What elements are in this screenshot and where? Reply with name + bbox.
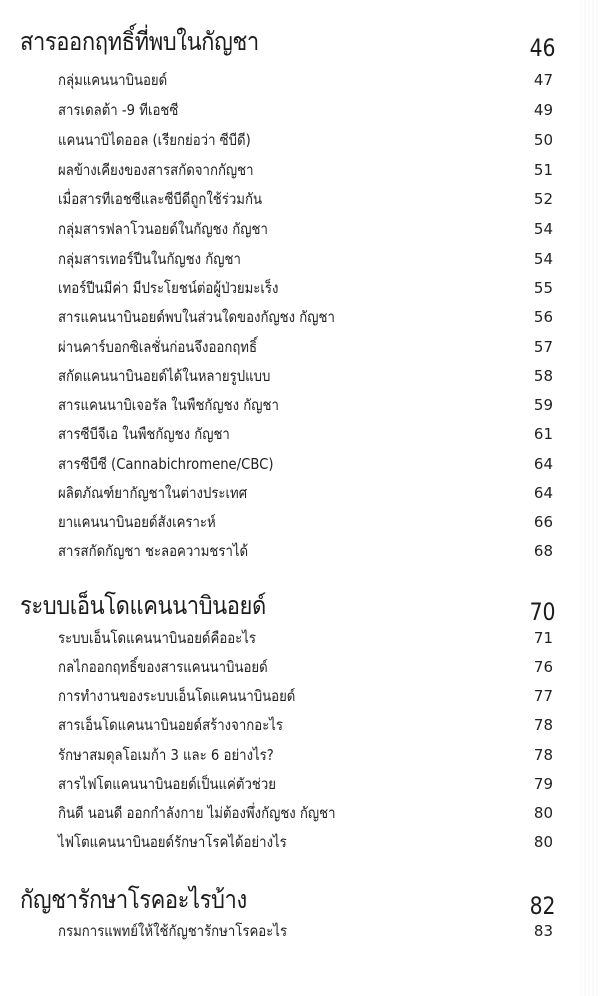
toc-entry[interactable]: กินดี นอนดี ออกกำลังกาย ไม่ต้องพึ่งกัญชง…	[58, 798, 553, 828]
entry-label: สารเดลต้า -9 ทีเอชซี	[58, 98, 178, 122]
toc-entry[interactable]: ผลข้างเคียงของสารสกัดจากกัญชา51	[58, 155, 553, 185]
entry-label: สารซีบีจีเอ ในพืชกัญชง กัญชา	[58, 422, 230, 446]
toc-entry[interactable]: สารซีบีจีเอ ในพืชกัญชง กัญชา61	[58, 419, 553, 449]
entry-page-number: 78	[534, 746, 553, 764]
chapter-heading-row[interactable]: กัญชารักษาโรคอะไรบ้าง 82	[20, 880, 556, 920]
entry-page-number: 59	[534, 396, 553, 414]
entry-page-number: 64	[534, 455, 553, 473]
entry-label: ไฟโตแคนนาบินอยด์รักษาโรคได้อย่างไร	[58, 830, 287, 854]
chapter-page-number: 70	[530, 598, 556, 626]
entry-label: เมื่อสารทีเอชซีและซีบีดีถูกใช้ร่วมกัน	[58, 187, 262, 211]
entry-label: ระบบเอ็นโดแคนนาบินอยด์คืออะไร	[58, 626, 256, 650]
entry-page-number: 55	[534, 279, 553, 297]
entry-label: สกัดแคนนาบินอยด์ได้ในหลายรูปแบบ	[58, 364, 270, 388]
entry-page-number: 51	[534, 161, 553, 179]
entry-label: สารเอ็นโดแคนนาบินอยด์สร้างจากอะไร	[58, 713, 283, 737]
entry-label: สารแคนนาบิเจอรัล ในพืชกัญชง กัญชา	[58, 393, 279, 417]
toc-entry[interactable]: เมื่อสารทีเอชซีและซีบีดีถูกใช้ร่วมกัน52	[58, 184, 553, 214]
toc-entry[interactable]: ยาแคนนาบินอยด์สังเคราะห์66	[58, 507, 553, 537]
toc-entry[interactable]: กลไกออกฤทธิ์ของสารแคนนาบินอยด์76	[58, 652, 553, 682]
entry-page-number: 56	[534, 308, 553, 326]
toc-entry[interactable]: กลุ่มแคนนาบินอยด์47	[58, 65, 553, 95]
entry-page-number: 68	[534, 542, 553, 560]
toc-entry[interactable]: สารแคนนาบิเจอรัล ในพืชกัญชง กัญชา59	[58, 390, 553, 420]
entry-label: กลุ่มแคนนาบินอยด์	[58, 68, 167, 92]
entry-page-number: 64	[534, 484, 553, 502]
entry-page-number: 77	[534, 687, 553, 705]
entry-page-number: 80	[534, 833, 553, 851]
toc-entry[interactable]: เทอร์ปีนมีค่า มีประโยชน์ต่อผู้ป่วยมะเร็ง…	[58, 273, 553, 303]
chapter-title: กัญชารักษาโรคอะไรบ้าง	[20, 880, 247, 920]
entry-label: รักษาสมดุลโอเมก้า 3 และ 6 อย่างไร?	[58, 743, 274, 767]
toc-entry[interactable]: สารแคนนาบินอยด์พบในส่วนใดของกัญชง กัญชา5…	[58, 302, 553, 332]
entry-page-number: 50	[534, 131, 553, 149]
toc-entry[interactable]: ผ่านคาร์บอกซิเลชั่นก่อนจึงออกฤทธิ์57	[58, 332, 553, 362]
page-edge-texture	[578, 0, 600, 996]
chapter-title: ระบบเอ็นโดแคนนาบินอยด์	[20, 586, 266, 626]
entry-page-number: 71	[534, 629, 553, 647]
entry-page-number: 58	[534, 367, 553, 385]
chapter-page-number: 46	[530, 34, 556, 62]
entry-page-number: 76	[534, 658, 553, 676]
chapter-title: สารออกฤทธิ์ที่พบในกัญชา	[20, 22, 259, 62]
entry-page-number: 83	[534, 922, 553, 940]
toc-entry[interactable]: รักษาสมดุลโอเมก้า 3 และ 6 อย่างไร?78	[58, 740, 553, 770]
entry-label: แคนนาบิไดออล (เรียกย่อว่า ซีบีดี)	[58, 128, 251, 152]
entry-label: สารแคนนาบินอยด์พบในส่วนใดของกัญชง กัญชา	[58, 305, 335, 329]
toc-entry[interactable]: สารเดลต้า -9 ทีเอชซี49	[58, 95, 553, 125]
entry-page-number: 57	[534, 338, 553, 356]
toc-entry[interactable]: กลุ่มสารฟลาโวนอยด์ในกัญชง กัญชา54	[58, 214, 553, 244]
entry-page-number: 61	[534, 425, 553, 443]
entry-page-number: 54	[534, 220, 553, 238]
entry-label: กลุ่มสารเทอร์ปีนในกัญชง กัญชา	[58, 247, 241, 271]
entry-label: กลไกออกฤทธิ์ของสารแคนนาบินอยด์	[58, 655, 268, 679]
toc-entry[interactable]: กรมการแพทย์ให้ใช้กัญชารักษาโรคอะไร83	[58, 916, 553, 946]
entry-label: กินดี นอนดี ออกกำลังกาย ไม่ต้องพึ่งกัญชง…	[58, 801, 336, 825]
entry-label: สารไฟโตแคนนาบินอยด์เป็นแค่ตัวช่วย	[58, 772, 276, 796]
entry-label: กลุ่มสารฟลาโวนอยด์ในกัญชง กัญชา	[58, 217, 268, 241]
entry-page-number: 78	[534, 716, 553, 734]
entry-page-number: 54	[534, 250, 553, 268]
entry-label: ผลข้างเคียงของสารสกัดจากกัญชา	[58, 158, 254, 182]
entry-label: ผลิตภัณฑ์ยากัญชาในต่างประเทศ	[58, 481, 247, 505]
entry-page-number: 66	[534, 513, 553, 531]
toc-entry[interactable]: สารซีบีซี (Cannabichromene/CBC)64	[58, 449, 553, 479]
toc-entry[interactable]: กลุ่มสารเทอร์ปีนในกัญชง กัญชา54	[58, 244, 553, 274]
entry-page-number: 79	[534, 775, 553, 793]
entry-page-number: 52	[534, 190, 553, 208]
chapter-heading-row[interactable]: ระบบเอ็นโดแคนนาบินอยด์ 70	[20, 586, 556, 626]
entry-page-number: 47	[534, 71, 553, 89]
entry-label: ผ่านคาร์บอกซิเลชั่นก่อนจึงออกฤทธิ์	[58, 335, 257, 359]
entry-page-number: 49	[534, 101, 553, 119]
entry-label: สารสกัดกัญชา ชะลอความชราได้	[58, 539, 248, 563]
toc-entry[interactable]: แคนนาบิไดออล (เรียกย่อว่า ซีบีดี)50	[58, 125, 553, 155]
toc-entry[interactable]: ผลิตภัณฑ์ยากัญชาในต่างประเทศ64	[58, 478, 553, 508]
entry-page-number: 80	[534, 804, 553, 822]
entry-label: สารซีบีซี (Cannabichromene/CBC)	[58, 452, 274, 476]
entry-label: ยาแคนนาบินอยด์สังเคราะห์	[58, 510, 216, 534]
entry-label: การทำงานของระบบเอ็นโดแคนนาบินอยด์	[58, 684, 295, 708]
entry-label: เทอร์ปีนมีค่า มีประโยชน์ต่อผู้ป่วยมะเร็ง	[58, 276, 278, 300]
toc-entry[interactable]: สารไฟโตแคนนาบินอยด์เป็นแค่ตัวช่วย79	[58, 769, 553, 799]
toc-entry[interactable]: สกัดแคนนาบินอยด์ได้ในหลายรูปแบบ58	[58, 361, 553, 391]
toc-entry[interactable]: ไฟโตแคนนาบินอยด์รักษาโรคได้อย่างไร80	[58, 827, 553, 857]
chapter-heading-row[interactable]: สารออกฤทธิ์ที่พบในกัญชา 46	[20, 22, 556, 62]
toc-entry[interactable]: ระบบเอ็นโดแคนนาบินอยด์คืออะไร71	[58, 623, 553, 653]
entry-label: กรมการแพทย์ให้ใช้กัญชารักษาโรคอะไร	[58, 919, 287, 943]
toc-entry[interactable]: สารเอ็นโดแคนนาบินอยด์สร้างจากอะไร78	[58, 710, 553, 740]
toc-entry[interactable]: สารสกัดกัญชา ชะลอความชราได้68	[58, 536, 553, 566]
toc-entry[interactable]: การทำงานของระบบเอ็นโดแคนนาบินอยด์77	[58, 681, 553, 711]
